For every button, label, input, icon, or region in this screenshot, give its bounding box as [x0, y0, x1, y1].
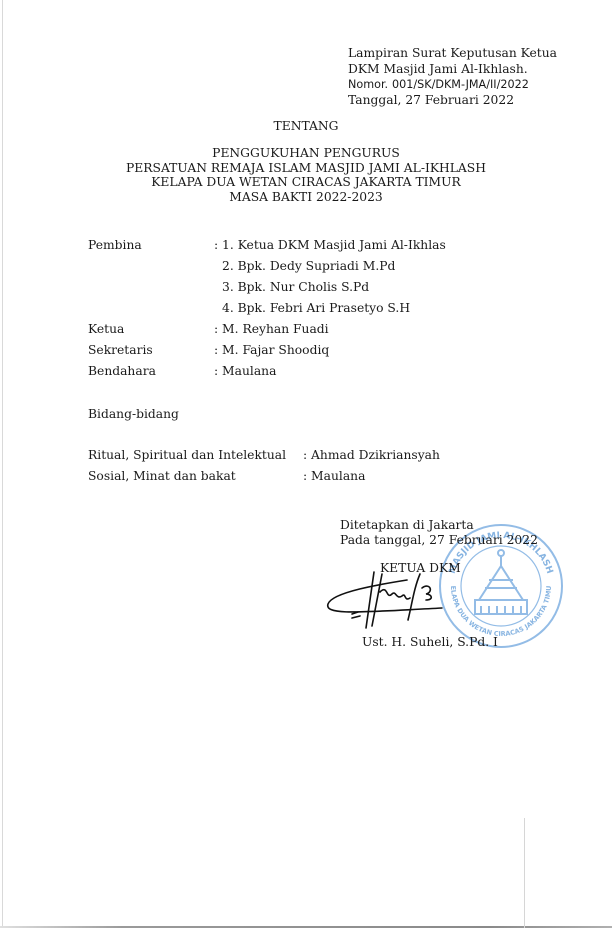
attachment-line-2: DKM Masjid Jami Al-Ikhlash. — [348, 62, 557, 78]
title-line: KELAPA DUA WETAN CIRACAS JAKARTA TIMUR — [0, 175, 612, 190]
attachment-reference: Lampiran Surat Keputusan Ketua DKM Masji… — [348, 46, 557, 108]
pembina-item: 2. Bpk. Dedy Supriadi M.Pd — [222, 259, 395, 274]
pembina-label: Pembina — [88, 238, 142, 253]
pembina-item: 3. Bpk. Nur Cholis S.Pd — [222, 280, 369, 295]
title-line: PENGGUKUHAN PENGURUS — [0, 146, 612, 161]
page-edge-left — [2, 0, 3, 928]
handwritten-signature — [322, 570, 472, 630]
document-page: Lampiran Surat Keputusan Ketua DKM Masji… — [0, 0, 612, 933]
ketua-label: Ketua — [88, 322, 124, 337]
pembina-item: : 1. Ketua DKM Masjid Jami Al-Ikhlas — [214, 238, 446, 253]
attachment-date: Tanggal, 27 Februari 2022 — [348, 93, 557, 109]
field-value: : Maulana — [303, 469, 365, 484]
nomor-label: Nomor. — [348, 78, 388, 91]
attachment-line-1: Lampiran Surat Keputusan Ketua — [348, 46, 557, 62]
ketua-value: : M. Reyhan Fuadi — [214, 322, 329, 337]
attachment-number: Nomor. 001/SK/DKM-JMA/II/2022 — [348, 77, 557, 93]
scan-artifact-line — [524, 818, 525, 928]
title-line: MASA BAKTI 2022-2023 — [0, 190, 612, 205]
field-label: Sosial, Minat dan bakat — [88, 469, 236, 484]
signer-name: Ust. H. Suheli, S.Pd. I — [362, 635, 498, 649]
nomor-value: 001/SK/DKM-JMA/II/2022 — [392, 78, 529, 91]
sekretaris-value: : M. Fajar Shoodiq — [214, 343, 329, 358]
bendahara-label: Bendahara — [88, 364, 156, 379]
signed-date: Pada tanggal, 27 Februari 2022 — [340, 533, 538, 547]
page-edge-bottom — [0, 926, 612, 928]
signed-place: Ditetapkan di Jakarta — [340, 518, 474, 532]
pembina-item: 4. Bpk. Febri Ari Prasetyo S.H — [222, 301, 410, 316]
about-heading: TENTANG — [0, 119, 612, 133]
field-value: : Ahmad Dzikriansyah — [303, 448, 440, 463]
title-line: PERSATUAN REMAJA ISLAM MASJID JAMI AL-IK… — [0, 161, 612, 176]
sekretaris-label: Sekretaris — [88, 343, 153, 358]
bendahara-value: : Maulana — [214, 364, 276, 379]
document-title: PENGGUKUHAN PENGURUS PERSATUAN REMAJA IS… — [0, 146, 612, 204]
field-label: Ritual, Spiritual dan Intelektual — [88, 448, 286, 463]
fields-heading: Bidang-bidang — [88, 407, 179, 422]
